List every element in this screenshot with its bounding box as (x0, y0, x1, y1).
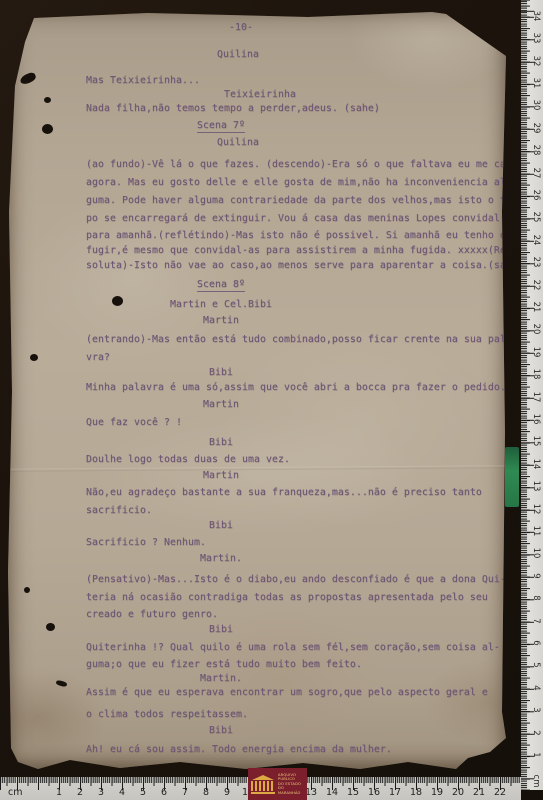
ruler-label: 8 (203, 787, 209, 798)
ink-spot (42, 124, 53, 134)
ruler-label: 5 (140, 787, 146, 798)
ruler-label: 32 (531, 53, 541, 69)
dialogue-line: Doulhe logo todas duas de uma vez. (86, 454, 290, 468)
scene-heading: Scena 8º (86, 279, 356, 293)
ruler-label: 30 (531, 97, 541, 113)
ruler-label: 6 (161, 787, 167, 798)
ruler-label: 29 (531, 120, 541, 136)
ruler-label: 11 (531, 523, 541, 539)
dialogue-line: teria ná ocasião contradiga todas as pro… (86, 592, 488, 606)
scene-heading-text: Scena 7º (197, 120, 245, 133)
ink-spot (44, 97, 51, 103)
speaker-name: Bibi (86, 624, 356, 638)
ink-spot (30, 354, 38, 361)
ruler-label: 19 (431, 787, 443, 798)
dialogue-line: o clima todos respeitassem. (86, 709, 248, 723)
ruler-label: 16 (531, 411, 541, 427)
ruler-unit-label: cm (531, 773, 541, 789)
ruler-label: 3 (98, 787, 104, 798)
speaker-name: Bibi (86, 367, 356, 381)
ruler-label: 13 (531, 478, 541, 494)
speaker-name: Martin. (86, 673, 356, 687)
ruler-label: 22 (494, 787, 506, 798)
scene-cast: Martin e Cel.Bibi (86, 299, 356, 313)
dialogue-line: agora. Mas eu gosto delle e elle gosta d… (86, 177, 512, 191)
dialogue-line: Nada filha,não temos tempo a perder,adeu… (86, 103, 380, 117)
dialogue-line: Sacrificio ? Nenhum. (86, 537, 206, 551)
pen-mark (56, 680, 68, 688)
ruler-label: 17 (531, 389, 541, 405)
dialogue-line: (Pensativo)-Mas...Isto é o diabo,eu ando… (86, 574, 506, 588)
dialogue-line: Ah! eu cá sou assim. Todo energia encima… (86, 744, 392, 758)
ruler-label: 4 (119, 787, 125, 798)
ruler-label: 2 (531, 725, 541, 741)
dialogue-line: guma;o que eu fizer está tudo muito bem … (86, 659, 362, 673)
ruler-label: 26 (531, 187, 541, 203)
ruler-label: 15 (347, 787, 359, 798)
speaker-name: Quilina (103, 137, 373, 151)
ruler-label: 33 (531, 30, 541, 46)
archive-watermark: ARQUIVO PÚBLICO DO ESTADO DO MARANHÃO (248, 768, 307, 800)
dialogue-line: (entrando)-Mas então está tudo combinado… (86, 334, 518, 348)
ruler-label: 20 (531, 321, 541, 337)
ruler-label: 9 (224, 787, 230, 798)
dialogue-line: guma. Pode haver alguma contrariedade da… (86, 195, 518, 209)
ruler-label: 14 (326, 787, 338, 798)
dialogue-line: fugir,é mesmo que convidal-as para assis… (86, 245, 512, 259)
ruler-label: 7 (531, 613, 541, 629)
scene-heading: Scena 7º (86, 120, 356, 134)
right-ruler: 1234567891011121314151617181920212223242… (521, 0, 543, 790)
green-bookmark (505, 447, 519, 507)
ruler-label: 23 (531, 254, 541, 270)
dialogue-line: Não,eu agradeço bastante a sua franqueza… (86, 487, 482, 501)
page-number: -10- (106, 22, 376, 36)
scanned-document: -10- Quilina Mas Teixieirinha... Teixiei… (0, 0, 543, 800)
ruler-label: 3 (531, 702, 541, 718)
ruler-label: 25 (531, 209, 541, 225)
typescript-page: -10- Quilina Mas Teixieirinha... Teixiei… (8, 12, 506, 770)
dialogue-line: para amanhã.(reflétindo)-Mas isto não é … (86, 230, 518, 244)
dialogue-line: creado e futuro genro. (86, 609, 218, 623)
ruler-label: 18 (531, 366, 541, 382)
dialogue-line: Minha palavra é uma só,assim que você ab… (86, 382, 512, 396)
building-icon (251, 775, 275, 794)
ruler-label: 10 (531, 545, 541, 561)
dialogue-line: vra? (86, 352, 110, 366)
ruler-label: 14 (531, 456, 541, 472)
watermark-text: ARQUIVO PÚBLICO DO ESTADO DO MARANHÃO (278, 773, 304, 796)
dialogue-line: Quiterinha !? Qual quilo é uma rola sem … (86, 642, 500, 656)
ruler-label: 1 (531, 747, 541, 763)
dialogue-line: (ao fundo)-Vê lá o que fazes. (descendo)… (86, 159, 524, 173)
scene-heading-text: Scena 8º (197, 279, 245, 292)
speaker-name: Quilina (103, 49, 373, 63)
pen-mark (19, 71, 37, 85)
ruler-unit-label: cm (8, 787, 22, 798)
ruler-label: 21 (531, 299, 541, 315)
ruler-label: 28 (531, 142, 541, 158)
ruler-label: 16 (368, 787, 380, 798)
speaker-name: Bibi (86, 437, 356, 451)
speaker-name: Martin. (86, 553, 356, 567)
dialogue-line: Mas Teixieirinha... (86, 75, 200, 89)
ruler-label: 31 (531, 75, 541, 91)
ruler-label: 8 (531, 590, 541, 606)
speaker-name: Teixieirinha (125, 89, 395, 103)
dialogue-line: sacrificio. (86, 505, 152, 519)
speaker-name: Martin (86, 470, 356, 484)
ruler-label: 9 (531, 568, 541, 584)
ink-spot (24, 587, 30, 593)
dialogue-line: soluta)-Isto não vae ao caso,ao menos se… (86, 260, 518, 274)
ruler-label: 12 (531, 501, 541, 517)
ink-spot (112, 296, 123, 306)
speaker-name: Bibi (86, 520, 356, 534)
ruler-label: 6 (531, 635, 541, 651)
ruler-label: 20 (452, 787, 464, 798)
ruler-label: 4 (531, 680, 541, 696)
speaker-name: Bibi (86, 725, 356, 739)
ruler-label: 1 (56, 787, 62, 798)
dialogue-line: Assim é que eu esperava encontrar um sog… (86, 687, 488, 701)
dialogue-line: po se encarregará de extinguir. Vou á ca… (86, 213, 518, 227)
ruler-label: 27 (531, 165, 541, 181)
ruler-label: 17 (389, 787, 401, 798)
ruler-label: 7 (182, 787, 188, 798)
ruler-label: 22 (531, 277, 541, 293)
ruler-label: 2 (77, 787, 83, 798)
ink-spot (46, 623, 55, 631)
ruler-label: 21 (473, 787, 485, 798)
speaker-name: Martin (86, 399, 356, 413)
ruler-label: 18 (410, 787, 422, 798)
ruler-label: 34 (531, 8, 541, 24)
ruler-label: 5 (531, 657, 541, 673)
watermark-line: DO MARANHÃO (278, 786, 304, 795)
ruler-label: 24 (531, 232, 541, 248)
speaker-name: Martin (86, 315, 356, 329)
dialogue-line: Que faz você ? ! (86, 417, 182, 431)
ruler-label: 15 (531, 433, 541, 449)
ruler-label: 19 (531, 344, 541, 360)
